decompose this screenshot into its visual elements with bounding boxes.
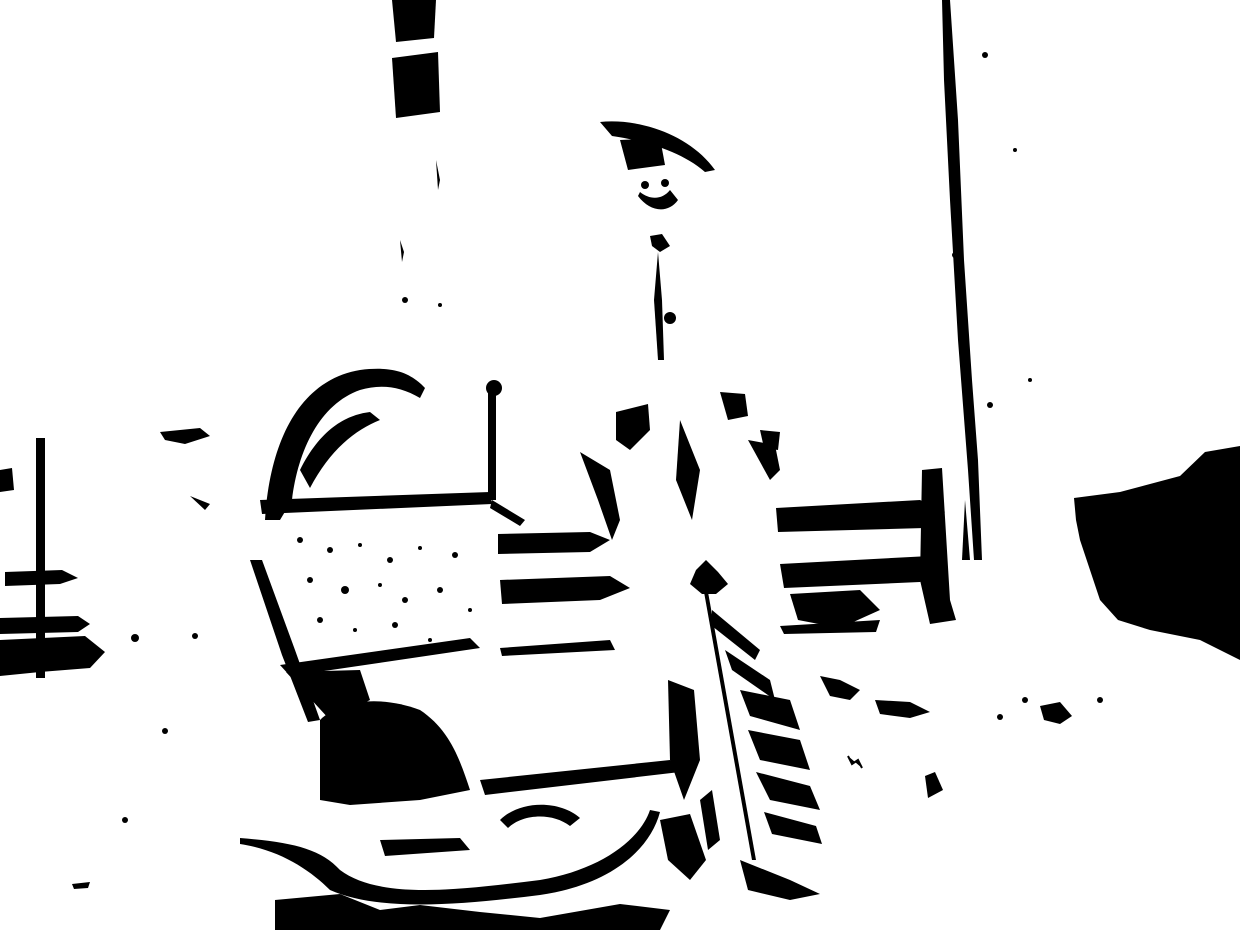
photograph: Child in a hat standing beside a wicker … (0, 0, 1240, 930)
